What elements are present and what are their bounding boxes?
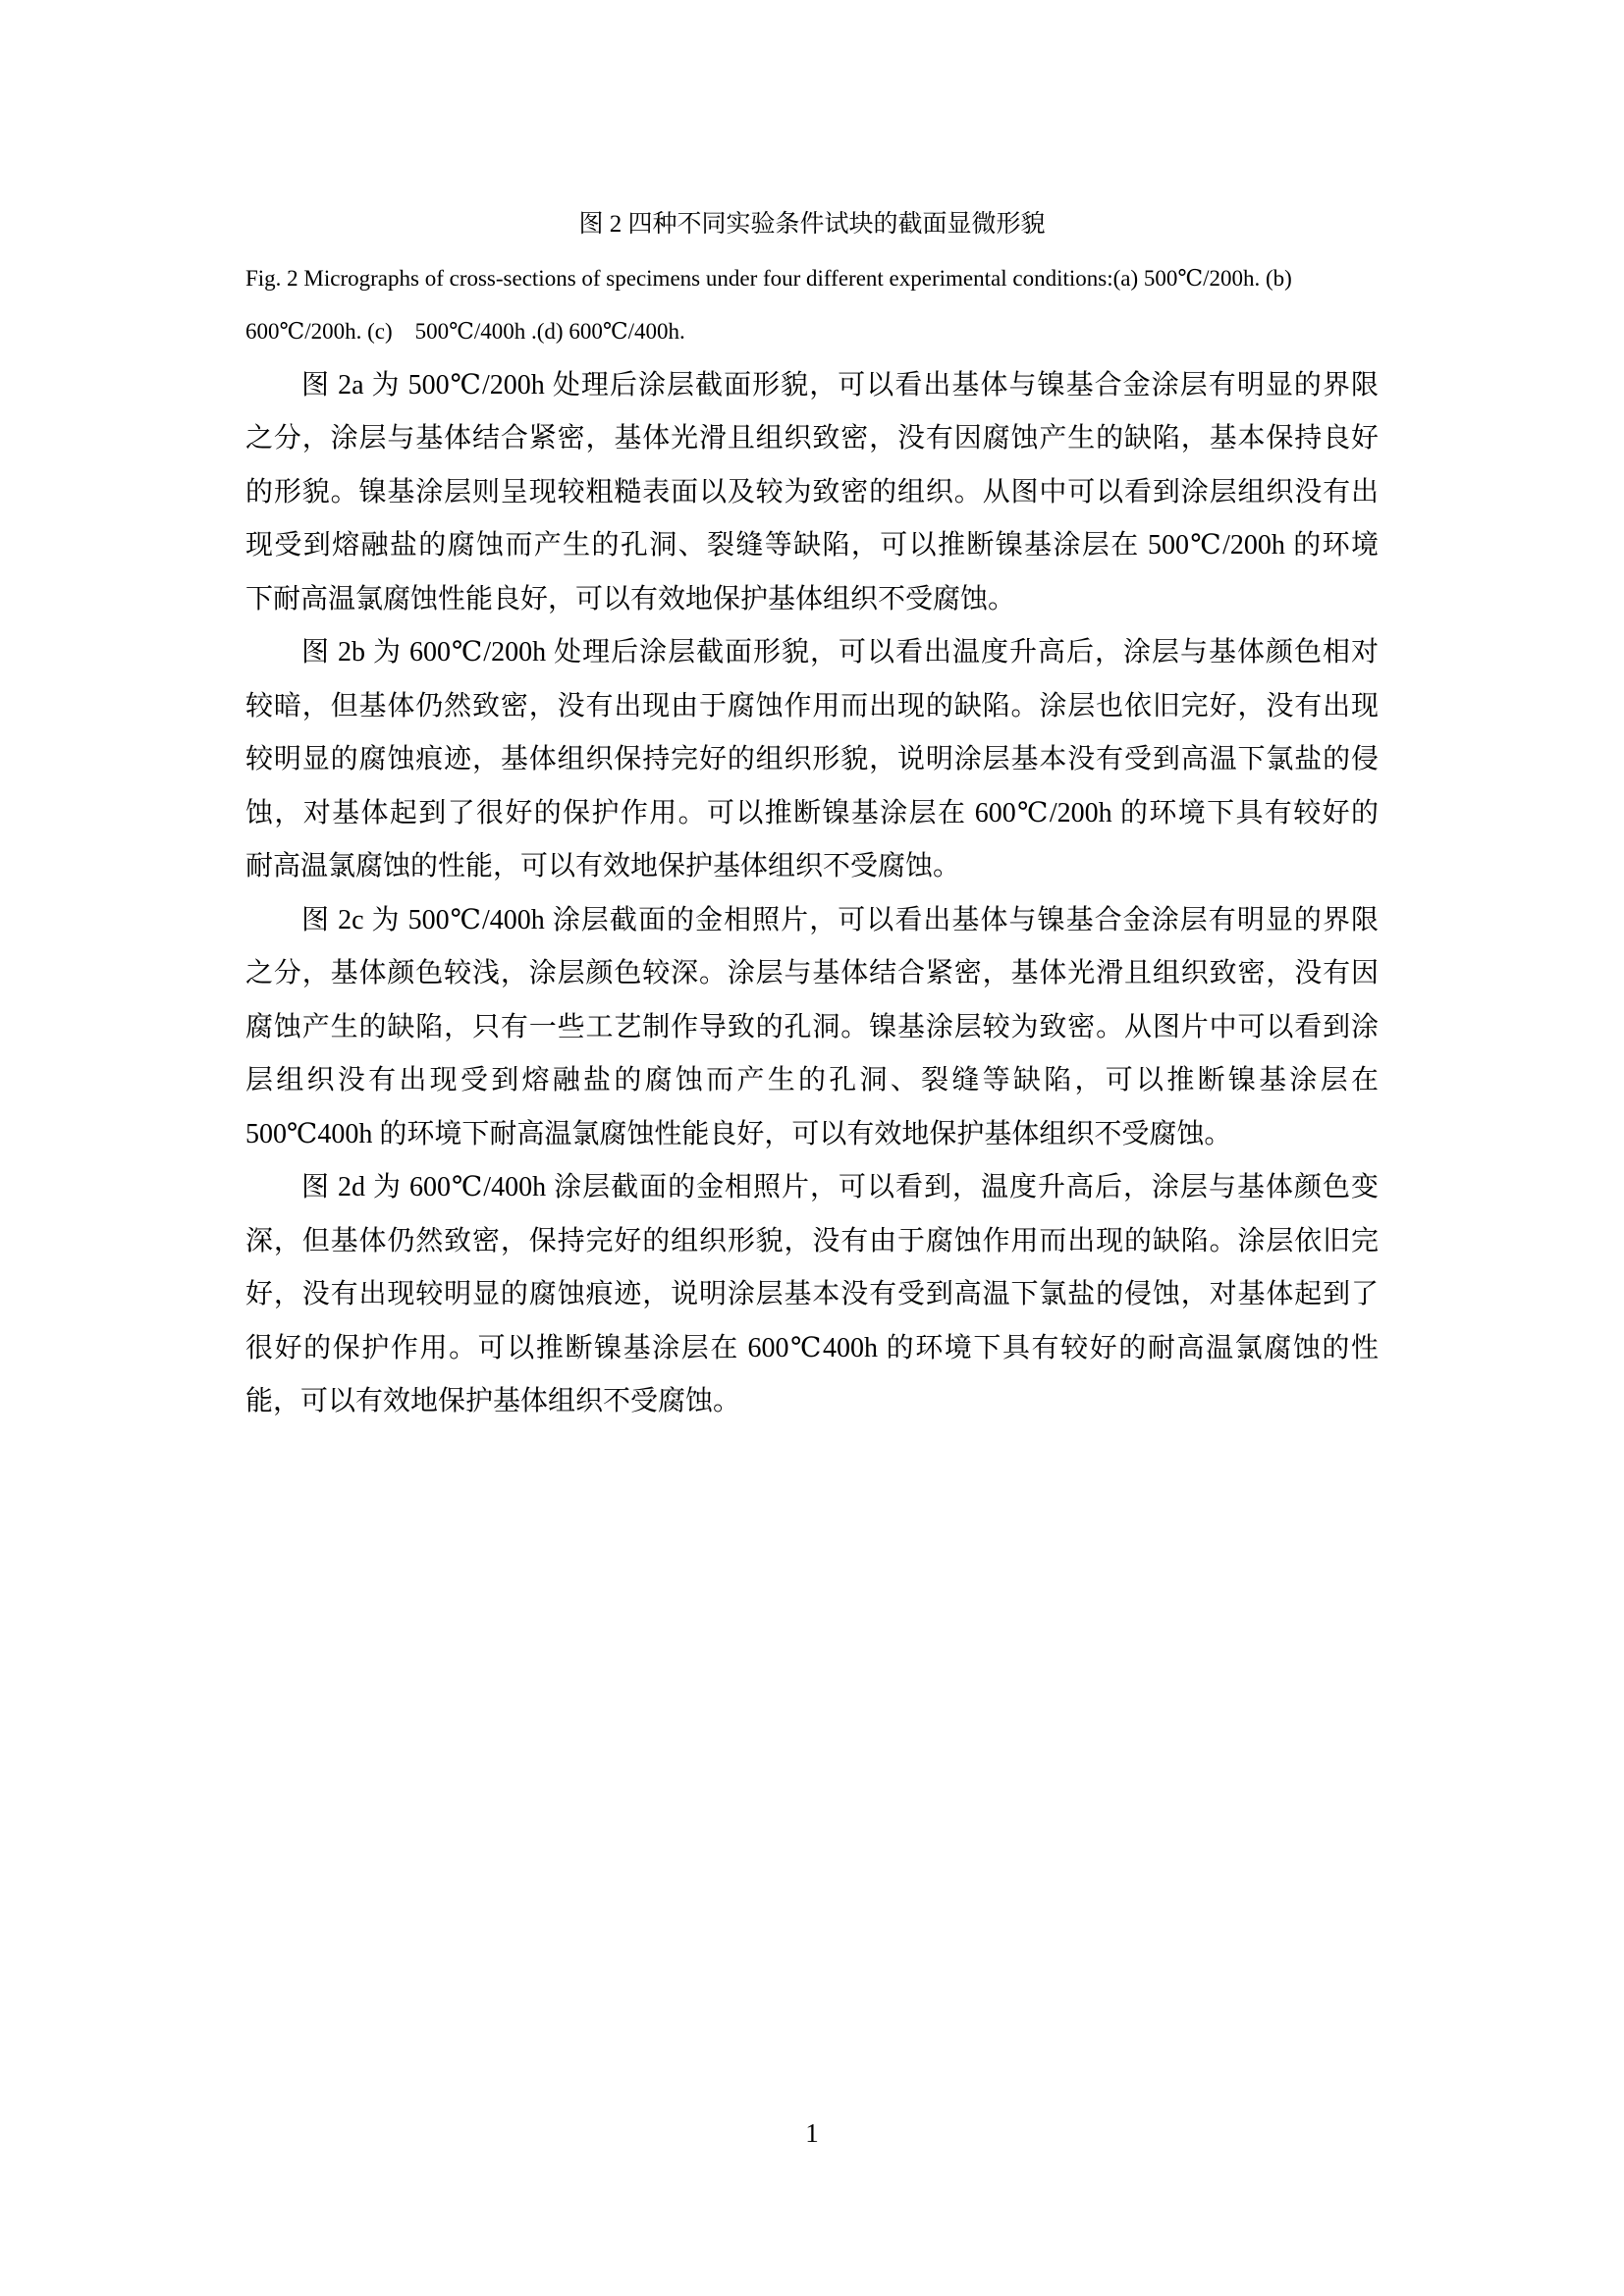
text-line: 蚀，对基体起到了很好的保护作用。可以推断镍基涂层在 600℃/200h 的环境下… bbox=[245, 787, 1379, 841]
text-line: 下耐高温氯腐蚀性能良好，可以有效地保护基体组织不受腐蚀。 bbox=[245, 573, 1379, 627]
text-line: 较暗，但基体仍然致密，没有出现由于腐蚀作用而出现的缺陷。涂层也依旧完好，没有出现 bbox=[245, 680, 1379, 734]
figure-caption-en-line: Fig. 2 Micrographs of cross-sections of … bbox=[245, 252, 1379, 306]
text-line: 现受到熔融盐的腐蚀而产生的孔洞、裂缝等缺陷，可以推断镍基涂层在 500℃/200… bbox=[245, 519, 1379, 573]
text-line: 图 2a 为 500℃/200h 处理后涂层截面形貌，可以看出基体与镍基合金涂层… bbox=[245, 359, 1379, 413]
document-page: 图 2 四种不同实验条件试块的截面显微形貌 Fig. 2 Micrographs… bbox=[0, 0, 1624, 2296]
text-line: 耐高温氯腐蚀的性能，可以有效地保护基体组织不受腐蚀。 bbox=[245, 840, 1379, 894]
text-line: 能，可以有效地保护基体组织不受腐蚀。 bbox=[245, 1375, 1379, 1429]
text-line: 图 2c 为 500℃/400h 涂层截面的金相照片，可以看出基体与镍基合金涂层… bbox=[245, 894, 1379, 948]
paragraph-fig-2d: 图 2d 为 600℃/400h 涂层截面的金相照片，可以看到，温度升高后，涂层… bbox=[245, 1161, 1379, 1429]
text-line: 较明显的腐蚀痕迹，基体组织保持完好的组织形貌，说明涂层基本没有受到高温下氯盐的侵 bbox=[245, 733, 1379, 787]
figure-caption-en-line: 600℃/200h. (c) 500℃/400h .(d) 600℃/400h. bbox=[245, 305, 1379, 359]
text-line: 腐蚀产生的缺陷，只有一些工艺制作导致的孔洞。镍基涂层较为致密。从图片中可以看到涂 bbox=[245, 1001, 1379, 1055]
text-line: 很好的保护作用。可以推断镍基涂层在 600℃400h 的环境下具有较好的耐高温氯… bbox=[245, 1322, 1379, 1376]
text-line: 图 2d 为 600℃/400h 涂层截面的金相照片，可以看到，温度升高后，涂层… bbox=[245, 1161, 1379, 1215]
figure-title-zh: 图 2 四种不同实验条件试块的截面显微形貌 bbox=[245, 198, 1379, 252]
text-line: 图 2b 为 600℃/200h 处理后涂层截面形貌，可以看出温度升高后，涂层与… bbox=[245, 626, 1379, 680]
text-line: 之分，涂层与基体结合紧密，基体光滑且组织致密，没有因腐蚀产生的缺陷，基本保持良好 bbox=[245, 412, 1379, 466]
paragraph-fig-2a: 图 2a 为 500℃/200h 处理后涂层截面形貌，可以看出基体与镍基合金涂层… bbox=[245, 359, 1379, 627]
text-line: 层组织没有出现受到熔融盐的腐蚀而产生的孔洞、裂缝等缺陷，可以推断镍基涂层在 bbox=[245, 1054, 1379, 1108]
paragraph-fig-2c: 图 2c 为 500℃/400h 涂层截面的金相照片，可以看出基体与镍基合金涂层… bbox=[245, 894, 1379, 1162]
text-line: 500℃400h 的环境下耐高温氯腐蚀性能良好，可以有效地保护基体组织不受腐蚀。 bbox=[245, 1108, 1379, 1162]
text-line: 之分，基体颜色较浅，涂层颜色较深。涂层与基体结合紧密，基体光滑且组织致密，没有因 bbox=[245, 947, 1379, 1001]
text-line: 深，但基体仍然致密，保持完好的组织形貌，没有由于腐蚀作用而出现的缺陷。涂层依旧完 bbox=[245, 1215, 1379, 1269]
text-line: 好，没有出现较明显的腐蚀痕迹，说明涂层基本没有受到高温下氯盐的侵蚀，对基体起到了 bbox=[245, 1268, 1379, 1322]
paragraph-fig-2b: 图 2b 为 600℃/200h 处理后涂层截面形貌，可以看出温度升高后，涂层与… bbox=[245, 626, 1379, 894]
page-number: 1 bbox=[0, 2107, 1624, 2160]
text-line: 的形貌。镍基涂层则呈现较粗糙表面以及较为致密的组织。从图中可以看到涂层组织没有出 bbox=[245, 466, 1379, 520]
text-block: 图 2 四种不同实验条件试块的截面显微形貌 Fig. 2 Micrographs… bbox=[0, 0, 1624, 1429]
